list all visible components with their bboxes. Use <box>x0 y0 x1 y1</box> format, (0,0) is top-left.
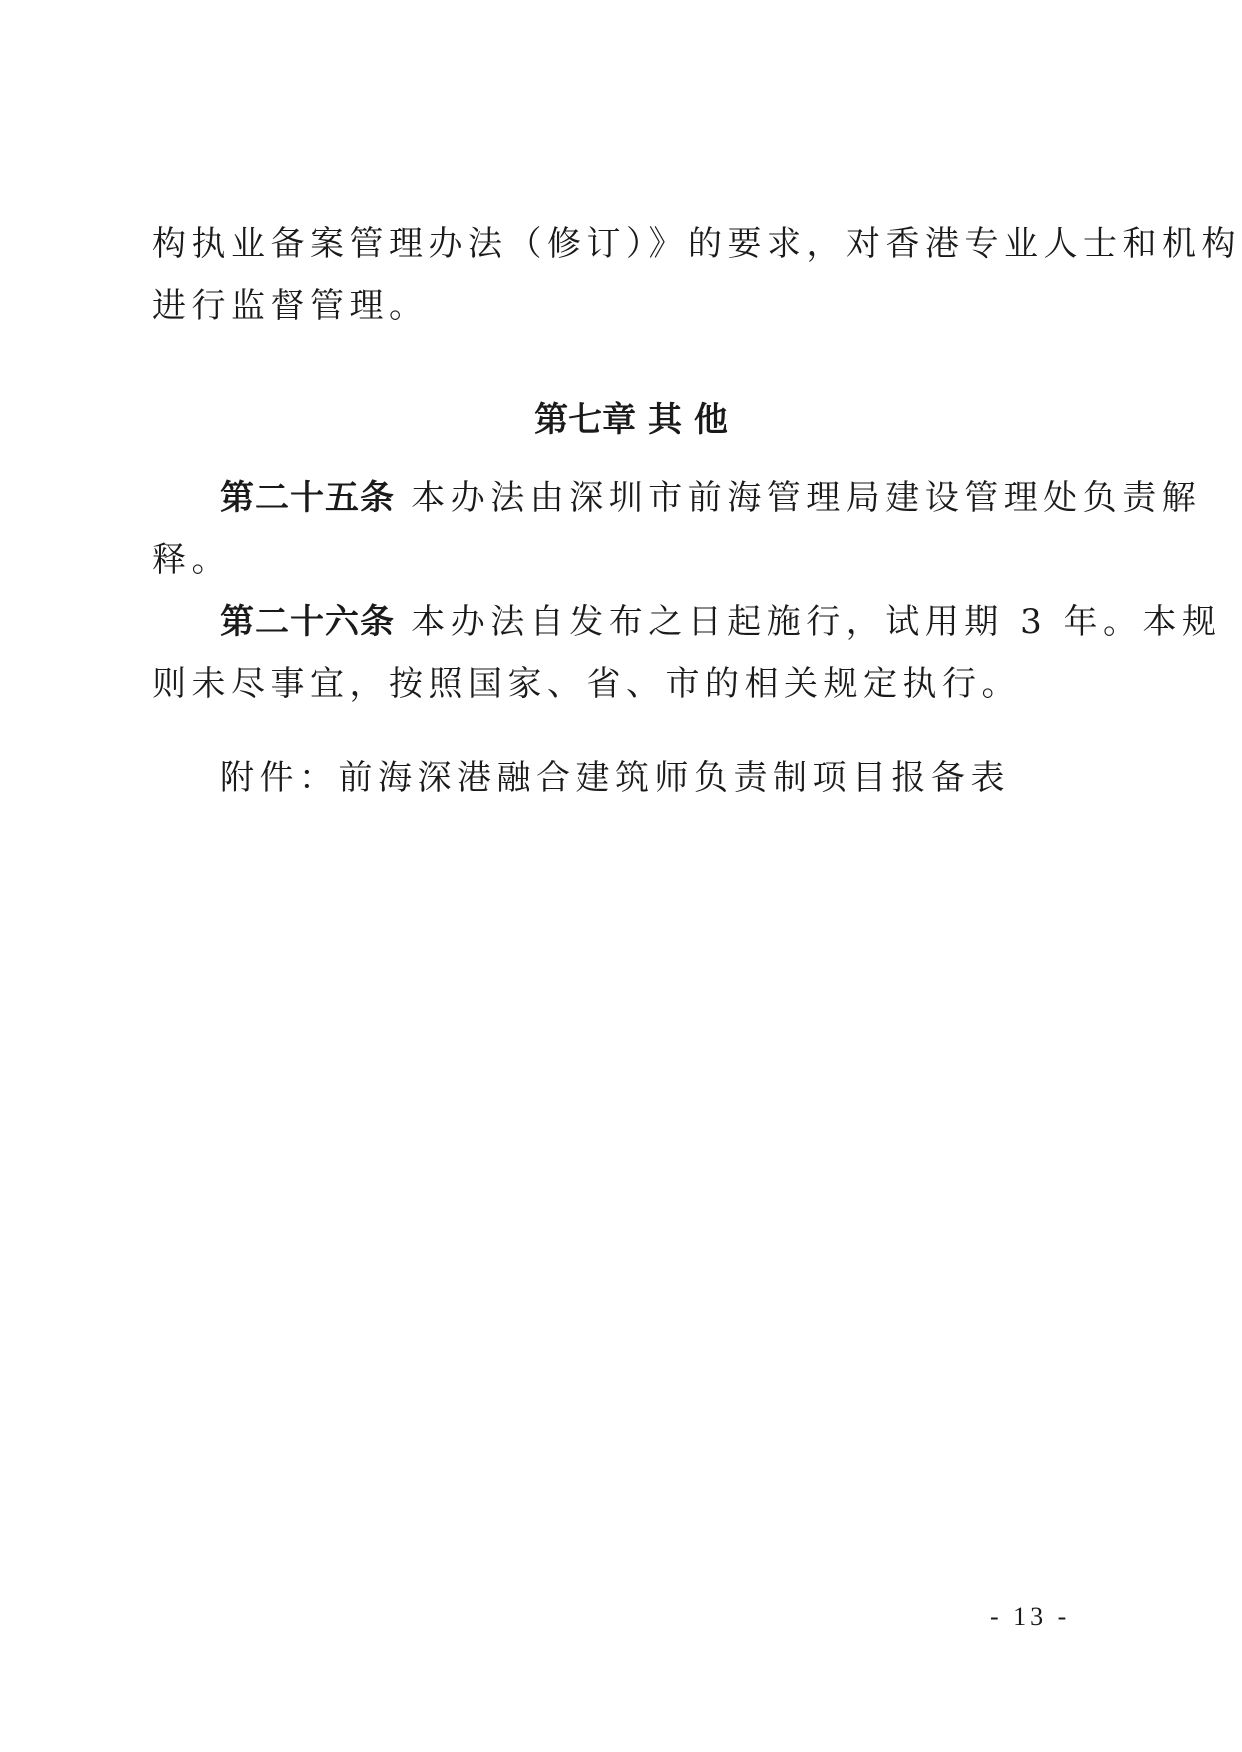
article-25-line2: 释。 <box>152 540 1092 580</box>
article-25-label: 第二十五条 <box>220 478 395 518</box>
paragraph-line: 进行监督管理。 <box>152 286 1092 326</box>
article-26-line1: 第二十六条 本办法自发布之日起施行，试用期 3 年。本规 <box>220 602 1160 642</box>
article-26-text: 本办法自发布之日起施行，试用期 3 年。本规 <box>395 602 1222 642</box>
article-25-line1: 第二十五条 本办法由深圳市前海管理局建设管理处负责解 <box>220 478 1160 518</box>
paragraph-line: 构执业备案管理办法（修订）》的要求，对香港专业人士和机构 <box>152 224 1092 264</box>
chapter-heading: 第七章 其 他 <box>0 400 1242 440</box>
attachment-note: 附件：前海深港融合建筑师负责制项目报备表 <box>220 758 1160 798</box>
page-number: - 13 - <box>990 1602 1070 1632</box>
article-26-label: 第二十六条 <box>220 602 395 642</box>
article-26-line2: 则未尽事宜，按照国家、省、市的相关规定执行。 <box>152 664 1092 704</box>
article-25-text: 本办法由深圳市前海管理局建设管理处负责解 <box>395 478 1201 518</box>
